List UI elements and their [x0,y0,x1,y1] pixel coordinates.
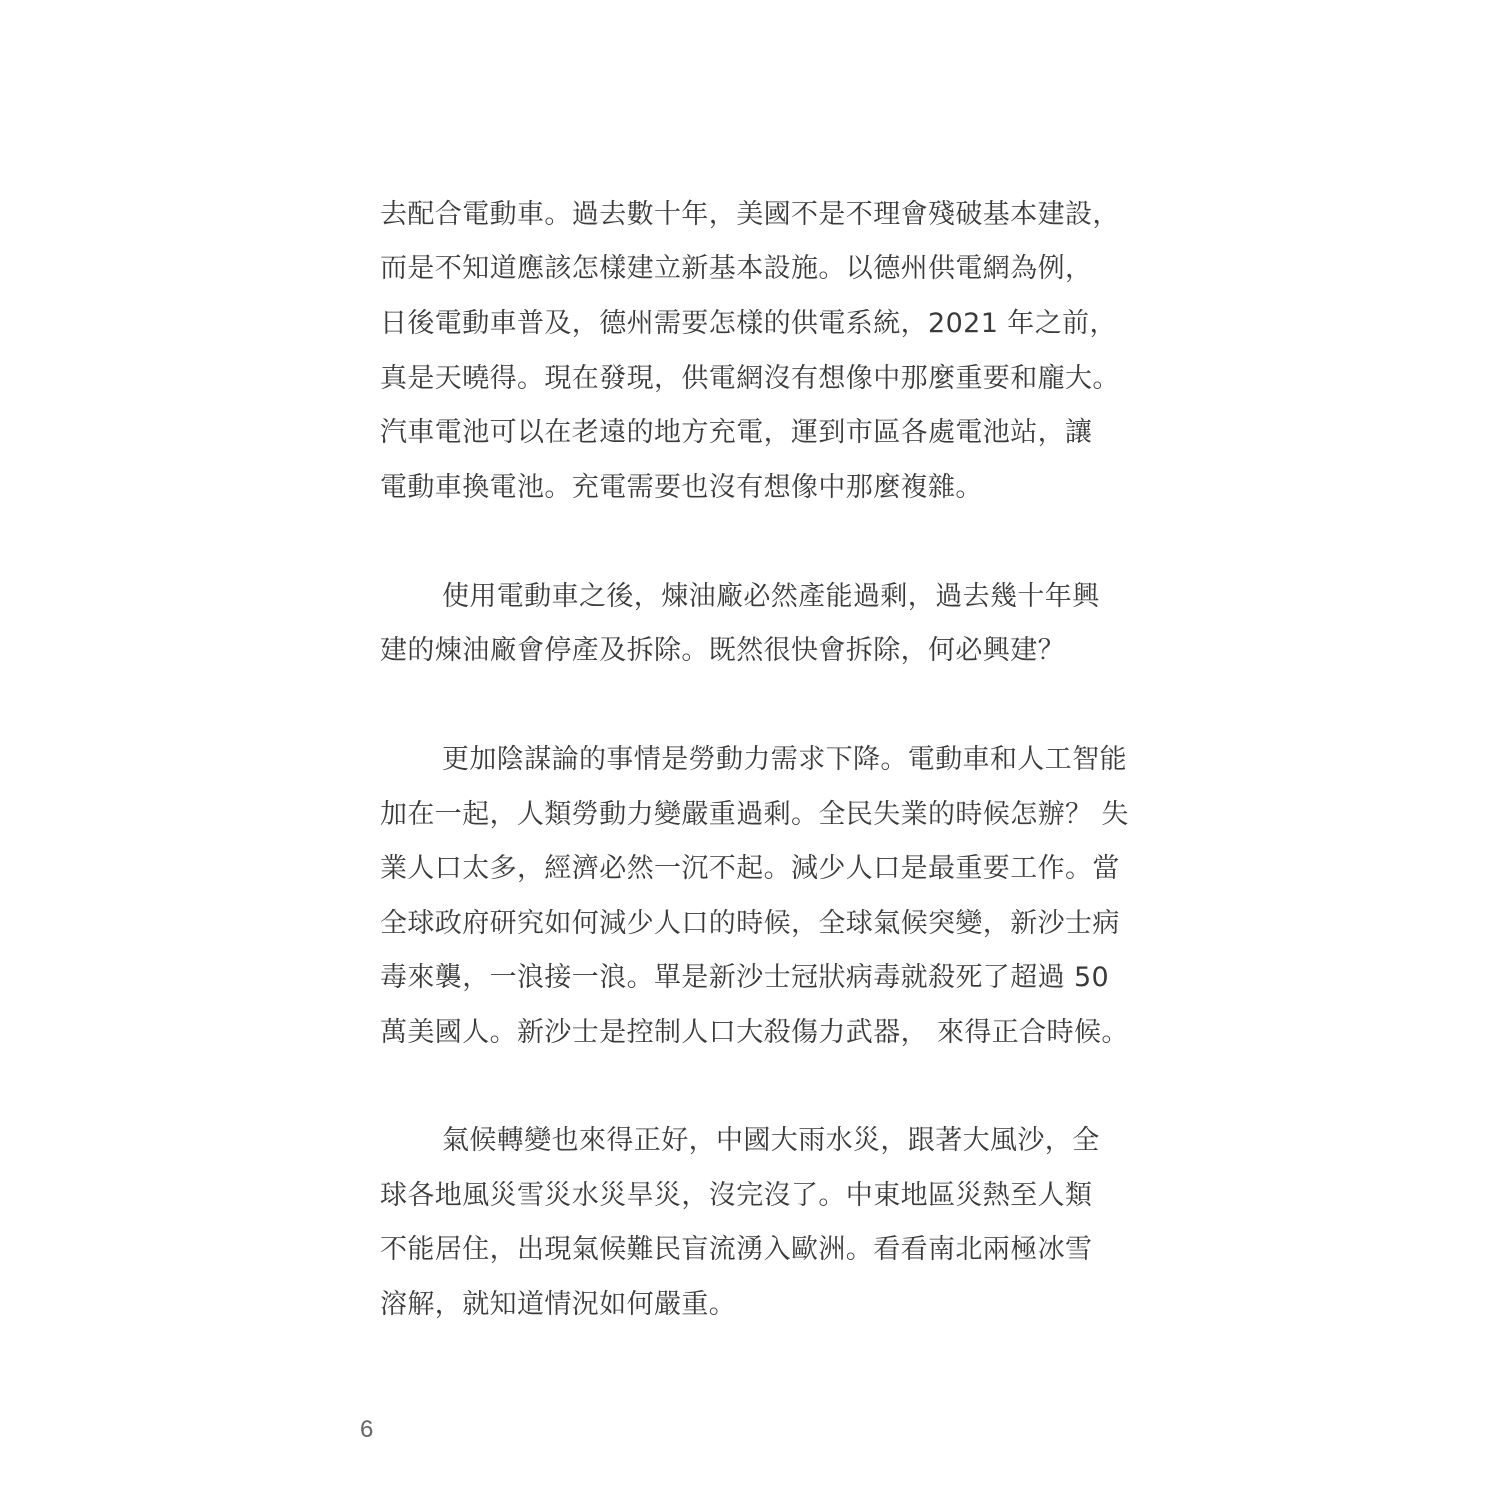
document-page: 去配合電動車。過去數十年，美國不是不理會殘破基本建設， 而是不知道應該怎樣建立新… [0,0,1500,1500]
text-line: 業人口太多，經濟必然一沉不起。減少人口是最重要工作。當 [380,849,1120,889]
text-line: 全球政府研究如何減少人口的時候，全球氣候突變，新沙士病 [380,904,1120,944]
text-line: 日後電動車普及，德州需要怎樣的供電系統，2021 年之前， [380,304,1117,344]
text-line: 氣候轉變也來得正好，中國大雨水災，跟著大風沙，全 [442,1121,1100,1161]
text-line: 汽車電池可以在老遠的地方充電，運到市區各處電池站，讓 [380,413,1092,453]
text-line: 更加陰謀論的事情是勞動力需求下降。電動車和人工智能 [442,740,1127,780]
text-line: 加在一起，人類勞動力變嚴重過剩。全民失業的時候怎辦？ 失 [380,795,1129,835]
text-line: 而是不知道應該怎樣建立新基本設施。以德州供電網為例， [380,249,1092,289]
text-line: 電動車換電池。充電需要也沒有想像中那麼複雜。 [380,468,983,508]
text-line: 建的煉油廠會停產及拆除。既然很快會拆除，何必興建？ [380,631,1065,671]
text-line: 真是天曉得。現在發現，供電網沒有想像中那麼重要和龐大。 [380,359,1120,399]
text-line: 去配合電動車。過去數十年，美國不是不理會殘破基本建設， [380,195,1120,235]
text-line: 萬美國人。新沙士是控制人口大殺傷力武器， 來得正合時候。 [380,1013,1129,1053]
text-line: 不能居住，出現氣候難民盲流湧入歐洲。看看南北兩極冰雪 [380,1230,1092,1270]
page-number: 6 [360,1415,373,1445]
text-line: 使用電動車之後，煉油廠必然產能過剩，過去幾十年興 [442,577,1100,617]
text-line: 溶解，就知道情況如何嚴重。 [380,1285,736,1325]
text-line: 球各地風災雪災水災旱災，沒完沒了。中東地區災熱至人類 [380,1176,1092,1216]
text-line: 毒來襲，一浪接一浪。單是新沙士冠狀病毒就殺死了超過 50 [380,958,1109,998]
